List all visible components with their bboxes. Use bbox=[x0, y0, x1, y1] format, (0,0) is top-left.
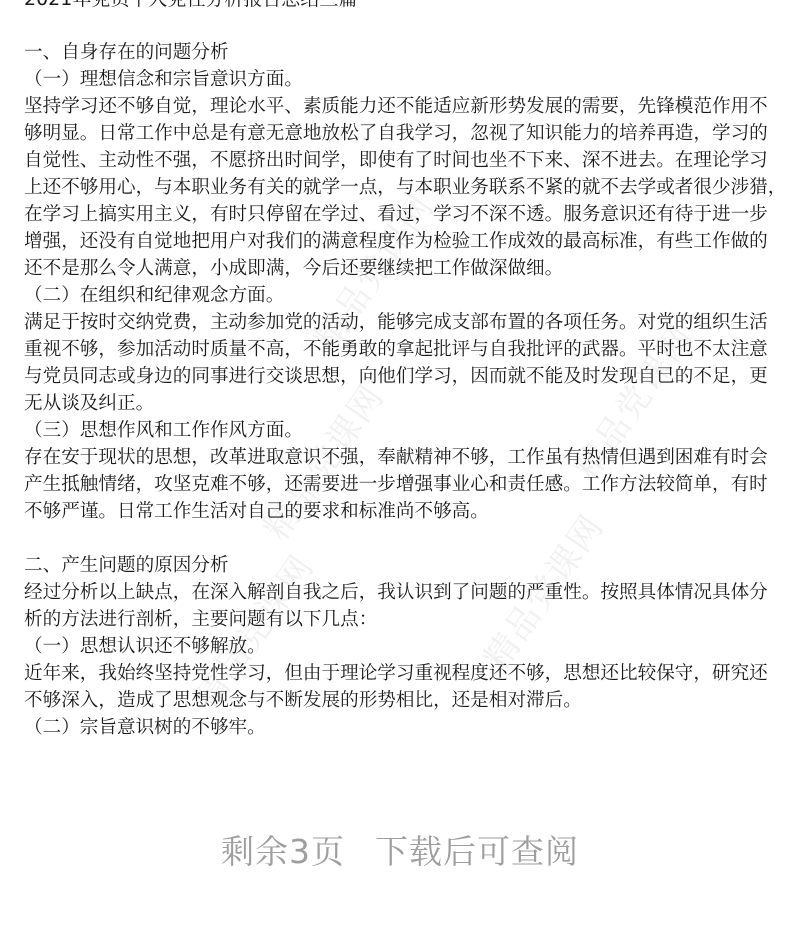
body-line: 无从谈及纠正。 bbox=[24, 390, 780, 417]
body-line: 满足于按时交纳党费，主动参加党的活动，能够完成支部布置的各项任务。对党的组织生活 bbox=[24, 309, 780, 336]
download-hint-label: 下载后可查阅 bbox=[375, 832, 579, 871]
body-line: 增强，还没有自觉地把用户对我们的满意程度作为检验工作成效的最高标准，有些工作做的 bbox=[24, 228, 780, 255]
body-line: 产生抵触情绪，攻坚克难不够，还需要进一步增强事业心和责任感。工作方法较简单，有时 bbox=[24, 471, 780, 498]
document-page: 2021年党员个人党性分析报告总结三篇 精品党课网 精品党课网 精品党课网 精品… bbox=[0, 0, 800, 930]
subsection-heading: （一）理想信念和宗旨意识方面。 bbox=[24, 66, 780, 93]
document-title: 2021年党员个人党性分析报告总结三篇 bbox=[24, 0, 357, 12]
body-line: 近年来，我始终坚持党性学习，但由于理论学习重视程度还不够，思想还比较保守，研究还 bbox=[24, 660, 780, 687]
body-line: 存在安于现状的思想，改革进取意识不强，奉献精神不够，工作虽有热情但遇到困难有时会 bbox=[24, 444, 780, 471]
body-line: 自觉性、主动性不强，不愿挤出时间学，即使有了时间也坐不下来、深不进去。在理论学习 bbox=[24, 147, 780, 174]
body-line: 在学习上搞实用主义，有时只停留在学过、看过，学习不深不透。服务意识还有待于进一步 bbox=[24, 201, 780, 228]
document-body: 一、自身存在的问题分析 （一）理想信念和宗旨意识方面。 坚持学习还不够自觉，理论… bbox=[24, 39, 780, 741]
remaining-pages-label: 剩余3页 bbox=[221, 832, 345, 871]
subsection-heading: （三）思想作风和工作作风方面。 bbox=[24, 417, 780, 444]
body-line: 重视不够，参加活动时质量不高，不能勇敢的拿起批评与自我批评的武器。平时也不太注意 bbox=[24, 336, 780, 363]
section-heading: 一、自身存在的问题分析 bbox=[24, 39, 780, 66]
body-line: 还不是那么令人满意，小成即满，今后还要继续把工作做深做细。 bbox=[24, 255, 780, 282]
subsection-heading: （二）在组织和纪律观念方面。 bbox=[24, 282, 780, 309]
body-line: 经过分析以上缺点，在深入解剖自我之后，我认识到了问题的严重性。按照具体情况具体分 bbox=[24, 579, 780, 606]
subsection-heading: （一）思想认识还不够解放。 bbox=[24, 633, 780, 660]
body-line: 析的方法进行剖析，主要问题有以下几点： bbox=[24, 606, 780, 633]
body-line: 上还不够用心，与本职业务有关的就学一点，与本职业务联系不紧的就不去学或者很少涉猎… bbox=[24, 174, 780, 201]
body-line: 不够严谨。日常工作生活对自己的要求和标准尚不够高。 bbox=[24, 498, 780, 525]
download-prompt[interactable]: 剩余3页下载后可查阅 bbox=[0, 826, 800, 873]
subsection-heading: （二）宗旨意识树的不够牢。 bbox=[24, 714, 780, 741]
body-line: 够明显。日常工作中总是有意无意地放松了自我学习，忽视了知识能力的培养再造，学习的 bbox=[24, 120, 780, 147]
body-line: 与党员同志或身边的同事进行交谈思想，向他们学习，因而就不能及时发现自已的不足，更 bbox=[24, 363, 780, 390]
blank-line bbox=[24, 525, 780, 552]
section-heading: 二、产生问题的原因分析 bbox=[24, 552, 780, 579]
body-line: 不够深入，造成了思想观念与不断发展的形势相比，还是相对滞后。 bbox=[24, 687, 780, 714]
body-line: 坚持学习还不够自觉，理论水平、素质能力还不能适应新形势发展的需要，先锋模范作用不 bbox=[24, 93, 780, 120]
